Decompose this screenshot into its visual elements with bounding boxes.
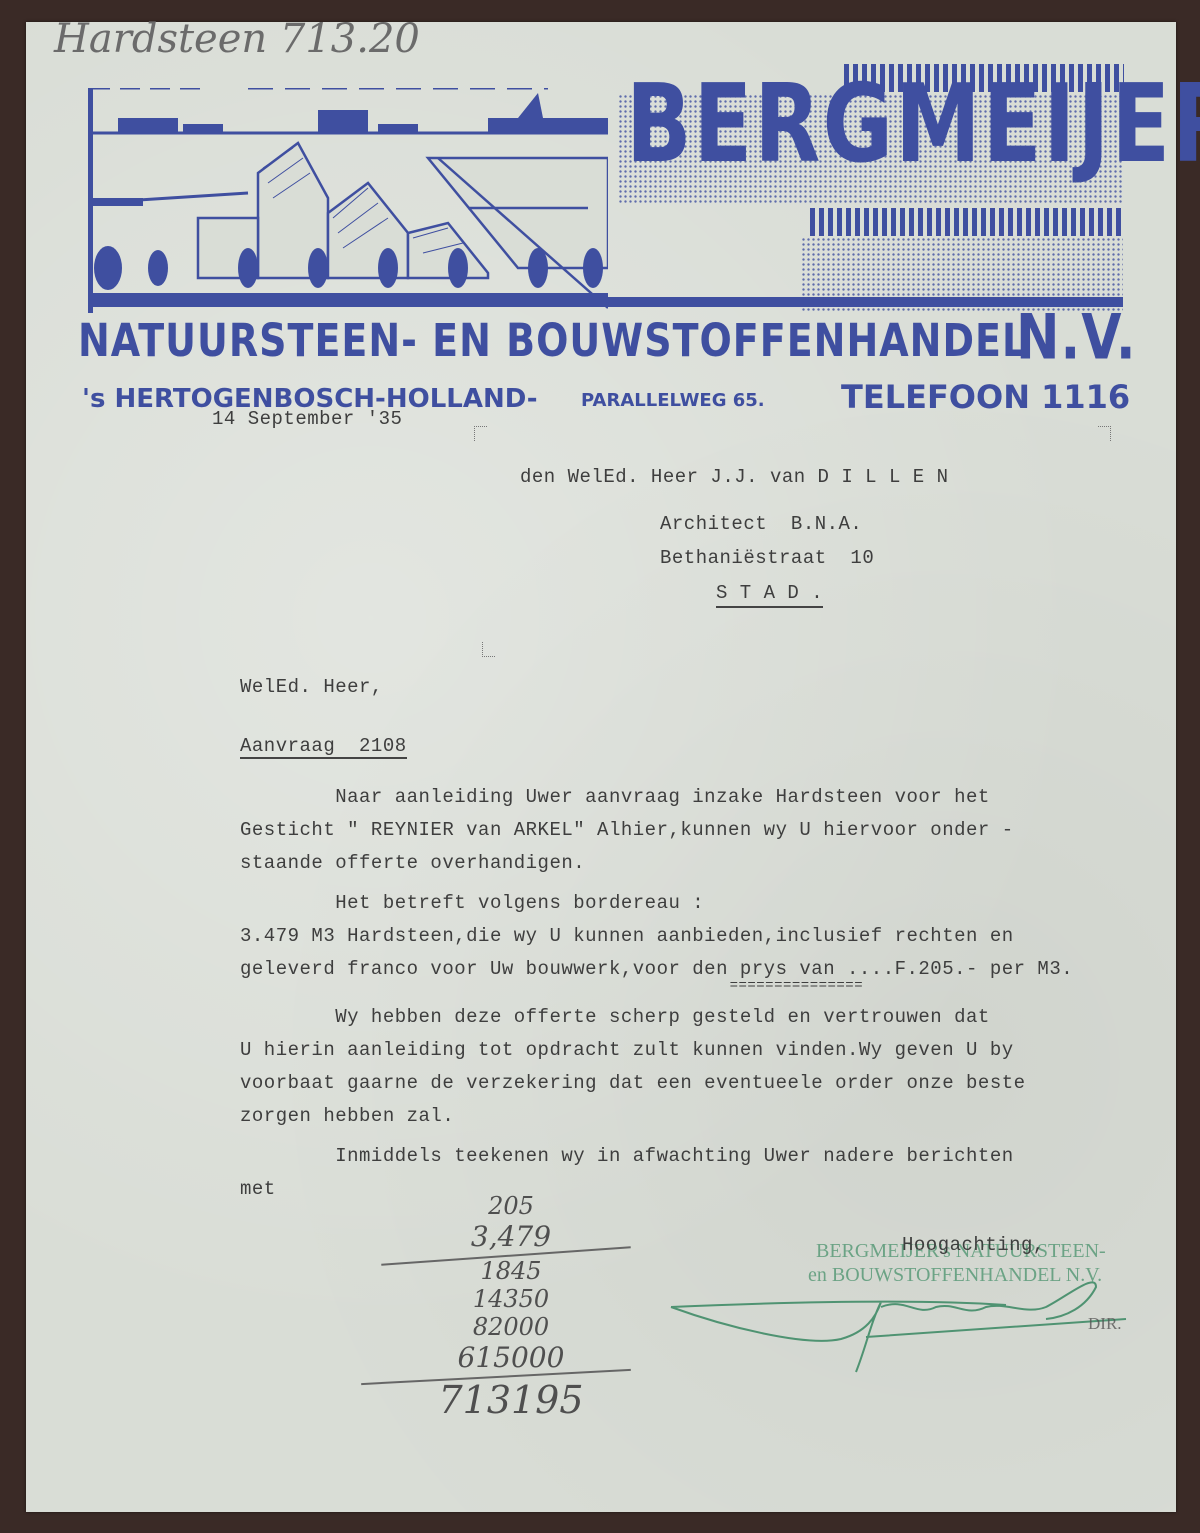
body-line: Wy hebben deze offerte scherp gesteld en… — [240, 1006, 1160, 1039]
body-line: U hierin aanleiding tot opdracht zult ku… — [240, 1039, 1160, 1072]
signature-title: DIR. — [1088, 1314, 1122, 1334]
calc-row: 205 — [411, 1192, 611, 1220]
body-line: Gesticht " REYNIER van ARKEL" Alhier,kun… — [240, 819, 1160, 852]
company-phone: TELEFOON 1116 — [841, 378, 1130, 416]
body-line: geleverd franco voor Uw bouwwerk,voor de… — [240, 958, 1160, 978]
salutation: WelEd. Heer, — [240, 676, 383, 698]
calc-total: 713195 — [411, 1378, 611, 1422]
calc-row: 3,479 — [411, 1220, 611, 1253]
body-line: Het betreft volgens bordereau : — [240, 892, 1160, 925]
fold-marker — [482, 642, 495, 657]
body-line: 3.479 M3 Hardsteen,die wy U kunnen aanbi… — [240, 925, 1160, 958]
fold-marker — [1098, 426, 1111, 441]
stoneyard-illustration-icon — [88, 88, 608, 318]
calc-row: 82000 — [411, 1313, 611, 1341]
body-line: =============== — [240, 978, 1160, 1006]
body-line: zorgen hebben zal. — [240, 1105, 1160, 1145]
letter-date: 14 September '35 — [212, 408, 402, 430]
company-name: NATUURSTEEN- EN BOUWSTOFFENHANDEL — [78, 314, 1027, 367]
letterhead-illustration — [88, 88, 608, 318]
fold-marker — [474, 426, 487, 441]
body-line: met — [240, 1178, 1160, 1211]
recipient-city: S T A D . — [716, 582, 823, 608]
brand-comb-bottom — [810, 208, 1124, 236]
body-line: Inmiddels teekenen wy in afwachting Uwer… — [240, 1145, 1160, 1178]
recipient-name: den WelEd. Heer J.J. van D I L L E N — [520, 466, 948, 488]
subject-line: Aanvraag 2108 — [240, 735, 407, 759]
recipient-street: Bethaniëstraat 10 — [660, 547, 874, 569]
body-line: Naar aanleiding Uwer aanvraag inzake Har… — [240, 786, 1160, 819]
body-line: staande offerte overhandigen. — [240, 852, 1160, 892]
letter-body: Naar aanleiding Uwer aanvraag inzake Har… — [240, 786, 1160, 1211]
brand-name: BERGMEIJER'S — [626, 62, 1200, 187]
signature-scrawl-icon — [666, 1277, 1146, 1377]
body-line: voorbaat gaarne de verzekering dat een e… — [240, 1072, 1160, 1105]
company-street: PARALLELWEG 65. — [581, 390, 765, 411]
calc-row: 615000 — [411, 1341, 611, 1374]
recipient-title: Architect B.N.A. — [660, 513, 862, 535]
letterhead-rule — [88, 297, 1123, 307]
closing: Hoogachting, — [902, 1234, 1045, 1256]
pencil-calculation: 205 3,479 1845 14350 82000 615000 713195 — [411, 1192, 611, 1422]
calc-row: 14350 — [411, 1285, 611, 1313]
signature — [666, 1277, 1146, 1382]
pencil-annotation: Hardsteen 713.20 — [54, 16, 420, 62]
company-suffix: N.V. — [1016, 302, 1137, 374]
letter-page: Hardsteen 713.20 — [26, 22, 1176, 1512]
